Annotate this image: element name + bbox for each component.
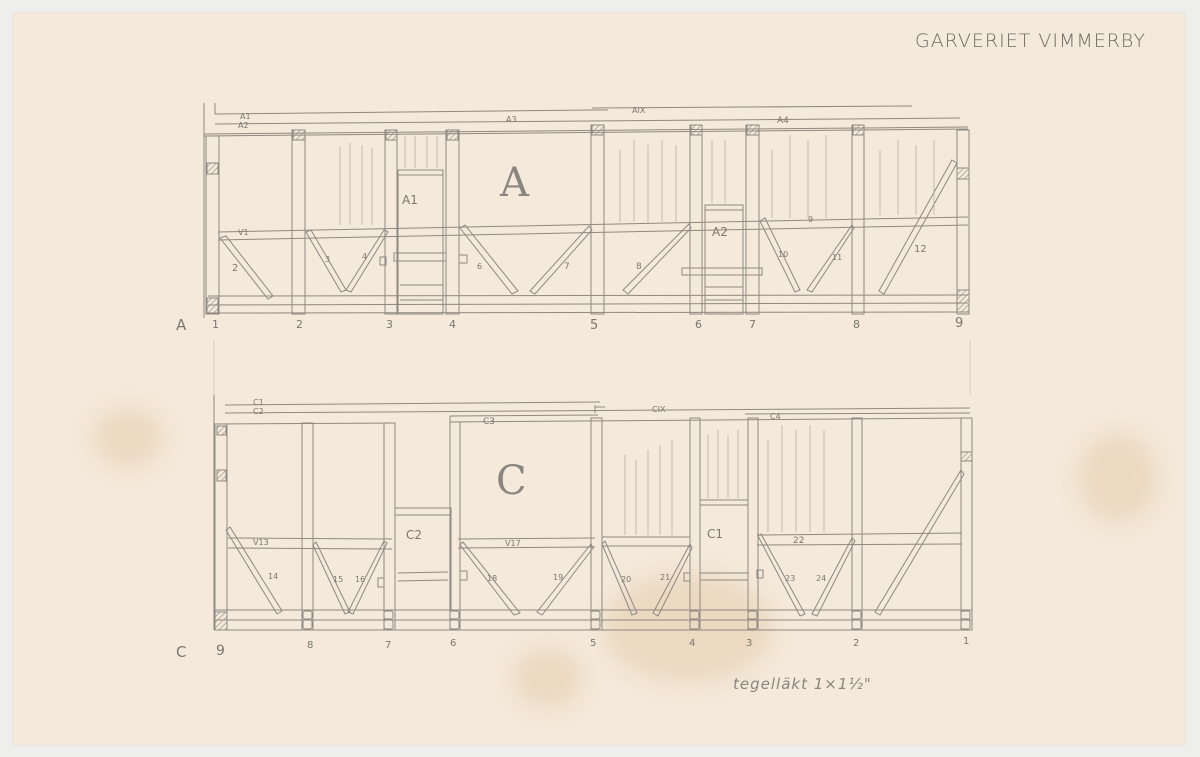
elevation-a	[204, 103, 969, 318]
elevation-letter-a: A	[500, 160, 529, 206]
beam-label: AIX	[632, 106, 645, 115]
post-number: 9	[216, 643, 225, 659]
brace-number: 16	[355, 575, 365, 584]
beam-label: C4	[770, 412, 781, 421]
brace-number: 23	[785, 574, 795, 583]
brace-number: 18	[487, 574, 497, 583]
beam-label: A3	[506, 115, 517, 124]
brace-number: 21	[660, 573, 670, 582]
door-label: A2	[712, 225, 728, 239]
section-label-c: C	[176, 643, 186, 661]
brace-number: 2	[232, 263, 238, 274]
post-number: 4	[689, 638, 695, 649]
brace-number: 12	[914, 244, 927, 255]
brace-number: 6	[477, 262, 482, 271]
post-number: 2	[296, 318, 303, 331]
post-number: 8	[853, 318, 860, 331]
post-number: 2	[853, 638, 859, 649]
post-number: 6	[695, 318, 702, 331]
door-label: C1	[707, 527, 723, 541]
rail-label: 22	[793, 536, 804, 546]
post-number: 7	[749, 318, 756, 331]
beam-label: A2	[238, 121, 249, 130]
brace-number: 11	[832, 253, 842, 262]
elevation-letter-c: C	[496, 458, 527, 504]
brace-number: 15	[333, 575, 343, 584]
rail-label: V1	[238, 228, 249, 237]
door-label: A1	[402, 193, 418, 207]
brace-number: 10	[778, 250, 788, 259]
brace-number: 24	[816, 574, 826, 583]
brace-number: 3	[325, 255, 330, 264]
post-number: 6	[450, 638, 456, 649]
beam-label: A1	[240, 112, 251, 121]
rail-label: V13	[253, 538, 269, 547]
post-number: 7	[385, 640, 391, 651]
rail-label: V17	[505, 539, 521, 548]
drawing-title: GARVERIET VIMMERBY	[915, 30, 1146, 52]
brace-number: 4	[362, 252, 367, 261]
section-label-a: A	[176, 316, 186, 334]
post-number: 1	[212, 318, 219, 331]
beam-label: A4	[777, 116, 789, 126]
beam-label: C1	[253, 398, 264, 407]
post-number: 1	[963, 636, 969, 647]
beam-label: CIX	[652, 405, 665, 414]
brace-number: 14	[268, 572, 278, 581]
material-note: tegelläkt 1×1½"	[733, 675, 872, 693]
brace-number: 20	[621, 575, 631, 584]
brace-number: 8	[636, 262, 642, 272]
post-number: 4	[449, 318, 456, 331]
door-label: C2	[406, 528, 422, 542]
elevation-c	[214, 395, 972, 630]
post-number: 5	[590, 318, 598, 333]
post-number: 9	[955, 316, 963, 331]
brace-number: 9	[808, 215, 813, 224]
brace-number: 19	[553, 573, 563, 582]
beam-label: C3	[483, 417, 495, 427]
post-number: 5	[590, 638, 596, 649]
brace-number: 7	[564, 262, 570, 272]
post-number: 3	[746, 638, 752, 649]
post-number: 8	[307, 640, 313, 651]
beam-label: C2	[253, 407, 264, 416]
post-number: 3	[386, 318, 393, 331]
